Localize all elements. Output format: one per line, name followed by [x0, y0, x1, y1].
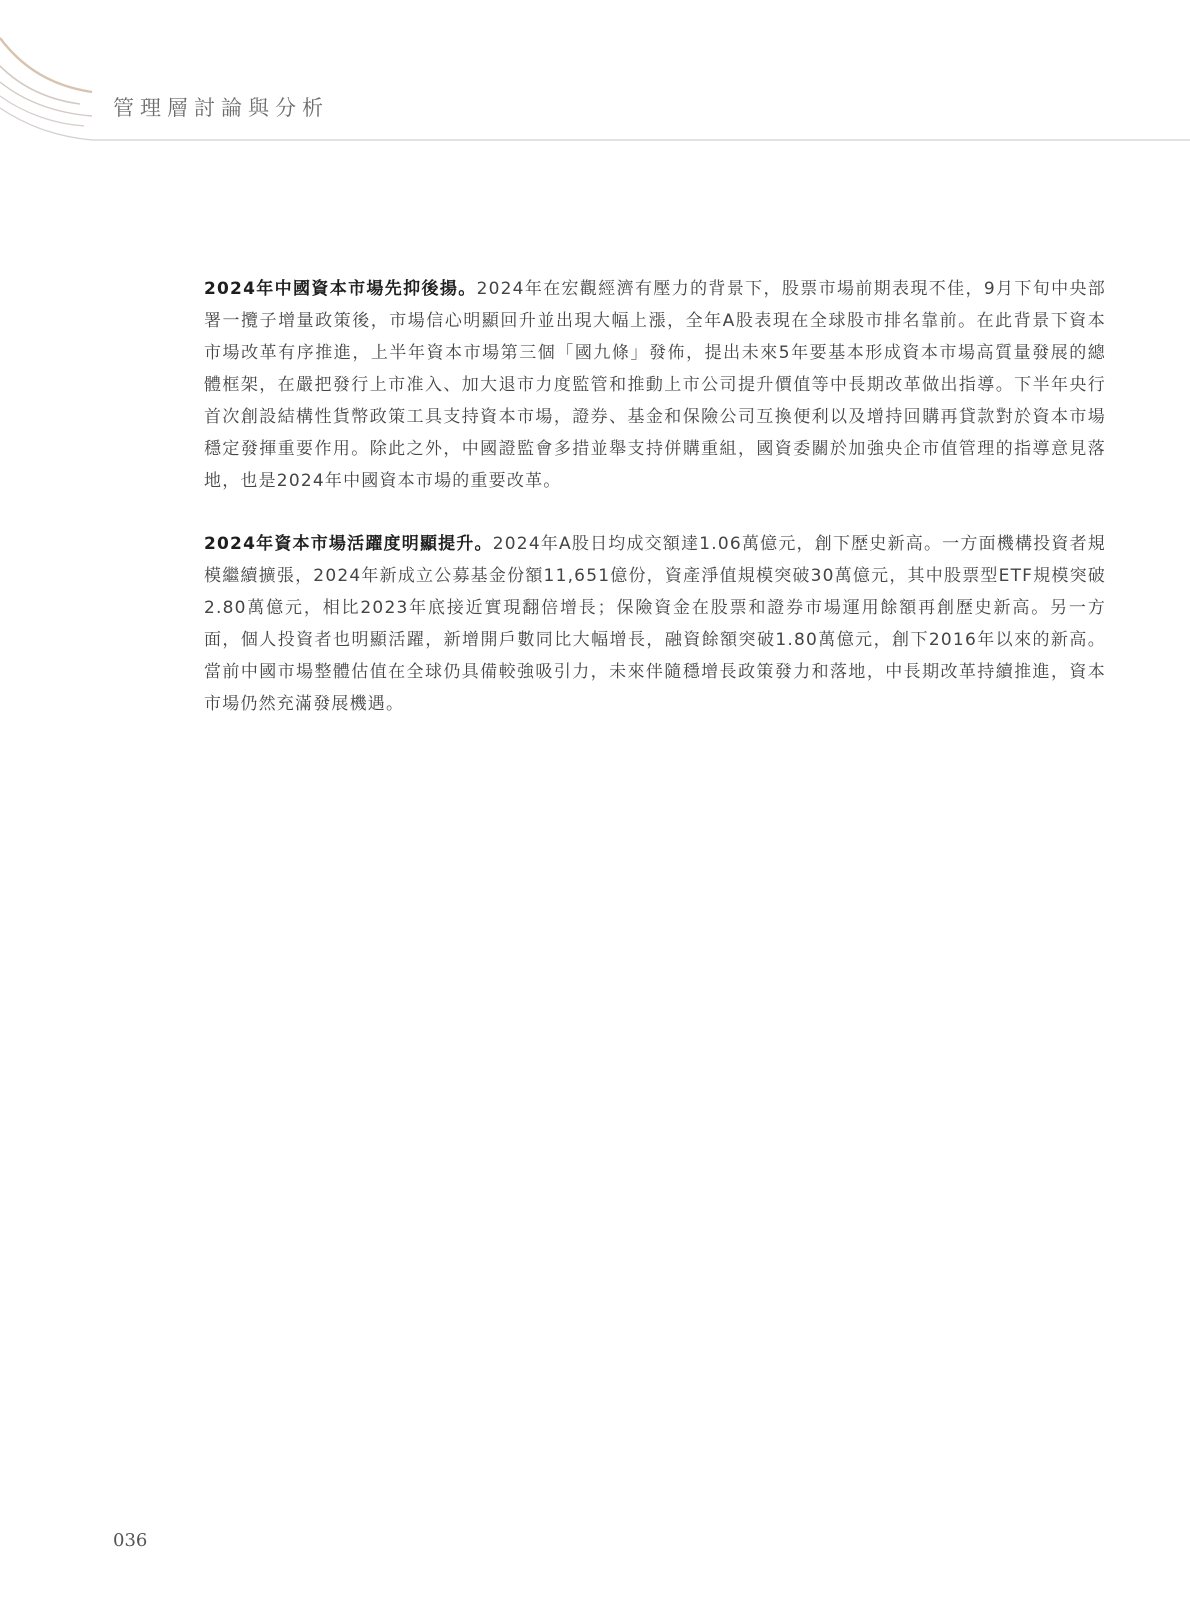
paragraph-lead-heading: 2024年中國資本市場先抑後揚。: [204, 279, 477, 299]
paragraph-body-text: 2024年在宏觀經濟有壓力的背景下，股票市場前期表現不佳，9月下旬中央部署一攬子…: [204, 279, 1106, 491]
arc-line-4: [0, 96, 84, 126]
header-arc-decoration: [0, 0, 1190, 160]
section-title: 管理層討論與分析: [113, 92, 329, 122]
arc-line-3: [0, 82, 92, 116]
paragraph-capital-market-recovery: 2024年中國資本市場先抑後揚。2024年在宏觀經濟有壓力的背景下，股票市場前期…: [204, 273, 1106, 497]
paragraph-body-text: 2024年A股日均成交額達1.06萬億元，創下歷史新高。一方面機構投資者規模繼續…: [204, 534, 1106, 714]
paragraph-lead-heading: 2024年資本市場活躍度明顯提升。: [204, 534, 493, 554]
body-content: 2024年中國資本市場先抑後揚。2024年在宏觀經濟有壓力的背景下，股票市場前期…: [204, 273, 1106, 751]
arc-line-2: [0, 66, 80, 104]
paragraph-market-activity: 2024年資本市場活躍度明顯提升。2024年A股日均成交額達1.06萬億元，創下…: [204, 528, 1106, 720]
page-number: 036: [113, 1530, 147, 1551]
arc-accent-line: [0, 38, 92, 92]
